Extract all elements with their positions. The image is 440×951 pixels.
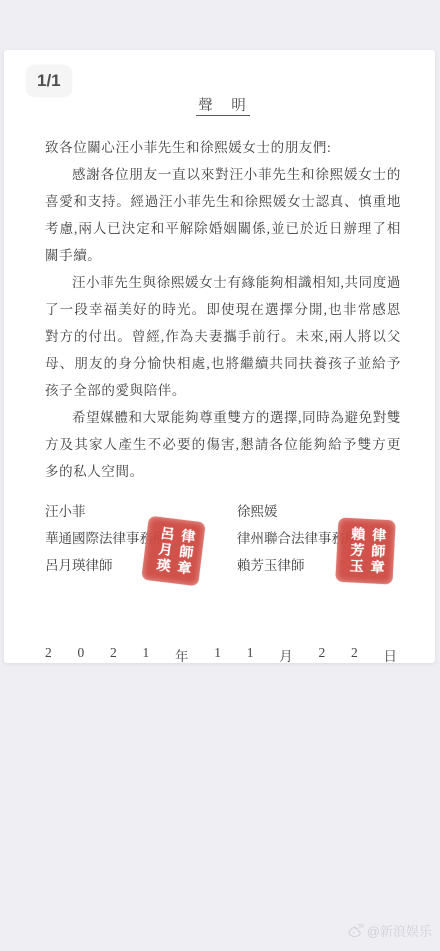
document-page: 聲 明 致各位關心汪小菲先生和徐熙媛女士的朋友們: 感謝各位朋友一直以來對汪小菲… (4, 50, 435, 663)
watermark-text: @新浪娱乐 (367, 921, 432, 940)
document-title-text: 聲 明 (196, 98, 250, 116)
date-char: 1 (214, 645, 221, 665)
date-char: 1 (143, 645, 150, 665)
signature-block-xuxiyuan: 徐熙媛 律州聯合法律事務所 賴芳玉律師 賴芳玉 律師章 (237, 498, 401, 579)
seal-text-column: 律師章 (172, 527, 197, 577)
lawyer-seal-stamp-right: 賴芳玉 律師章 (335, 518, 395, 585)
document-title: 聲 明 (45, 94, 401, 115)
watermark: @新浪娱乐 (348, 921, 432, 940)
party-name: 汪小菲 (45, 498, 237, 525)
date-char: 0 (78, 645, 85, 665)
paragraph-1: 感謝各位朋友一直以來對汪小菲先生和徐熙媛女士的喜愛和支持。經過汪小菲先生和徐熙媛… (45, 161, 401, 269)
date-line: 2 0 2 1 年 1 1 月 2 2 日 (45, 645, 397, 665)
lawyer-seal-stamp-left: 呂月瑛 律師章 (141, 516, 205, 586)
signature-block-wangxiaofei: 汪小菲 華通國際法律事務所 呂月瑛律師 呂月瑛 律師章 (45, 498, 237, 579)
image-viewer: 1/1 聲 明 致各位關心汪小菲先生和徐熙媛女士的朋友們: 感謝各位朋友一直以來… (0, 0, 440, 951)
seal-text-column: 賴芳玉 (344, 526, 365, 575)
weibo-icon (348, 924, 364, 938)
lawyer-name: 呂月瑛律師 (45, 552, 237, 579)
date-char: 年 (175, 645, 189, 665)
date-char: 月 (279, 645, 293, 665)
law-firm-name: 華通國際法律事務所 (45, 525, 237, 552)
paragraph-2: 汪小菲先生與徐熙媛女士有緣能夠相識相知,共同度過了一段幸福美好的時光。即使現在選… (45, 269, 401, 404)
date-char: 日 (384, 645, 398, 665)
date-char: 2 (110, 645, 117, 665)
paragraph-3: 希望媒體和大眾能夠尊重雙方的選擇,同時為避免對雙方及其家人產生不必要的傷害,懇請… (45, 404, 401, 485)
date-char: 1 (247, 645, 254, 665)
date-char: 2 (45, 645, 52, 665)
seal-text-column: 律師章 (365, 527, 386, 576)
page-indicator-badge: 1/1 (26, 65, 72, 97)
page-indicator-text: 1/1 (37, 71, 61, 90)
salutation-line: 致各位關心汪小菲先生和徐熙媛女士的朋友們: (45, 134, 401, 161)
signature-section: 汪小菲 華通國際法律事務所 呂月瑛律師 呂月瑛 律師章 徐熙媛 律州聯合法律事務… (45, 498, 401, 579)
date-char: 2 (351, 645, 358, 665)
date-char: 2 (319, 645, 326, 665)
